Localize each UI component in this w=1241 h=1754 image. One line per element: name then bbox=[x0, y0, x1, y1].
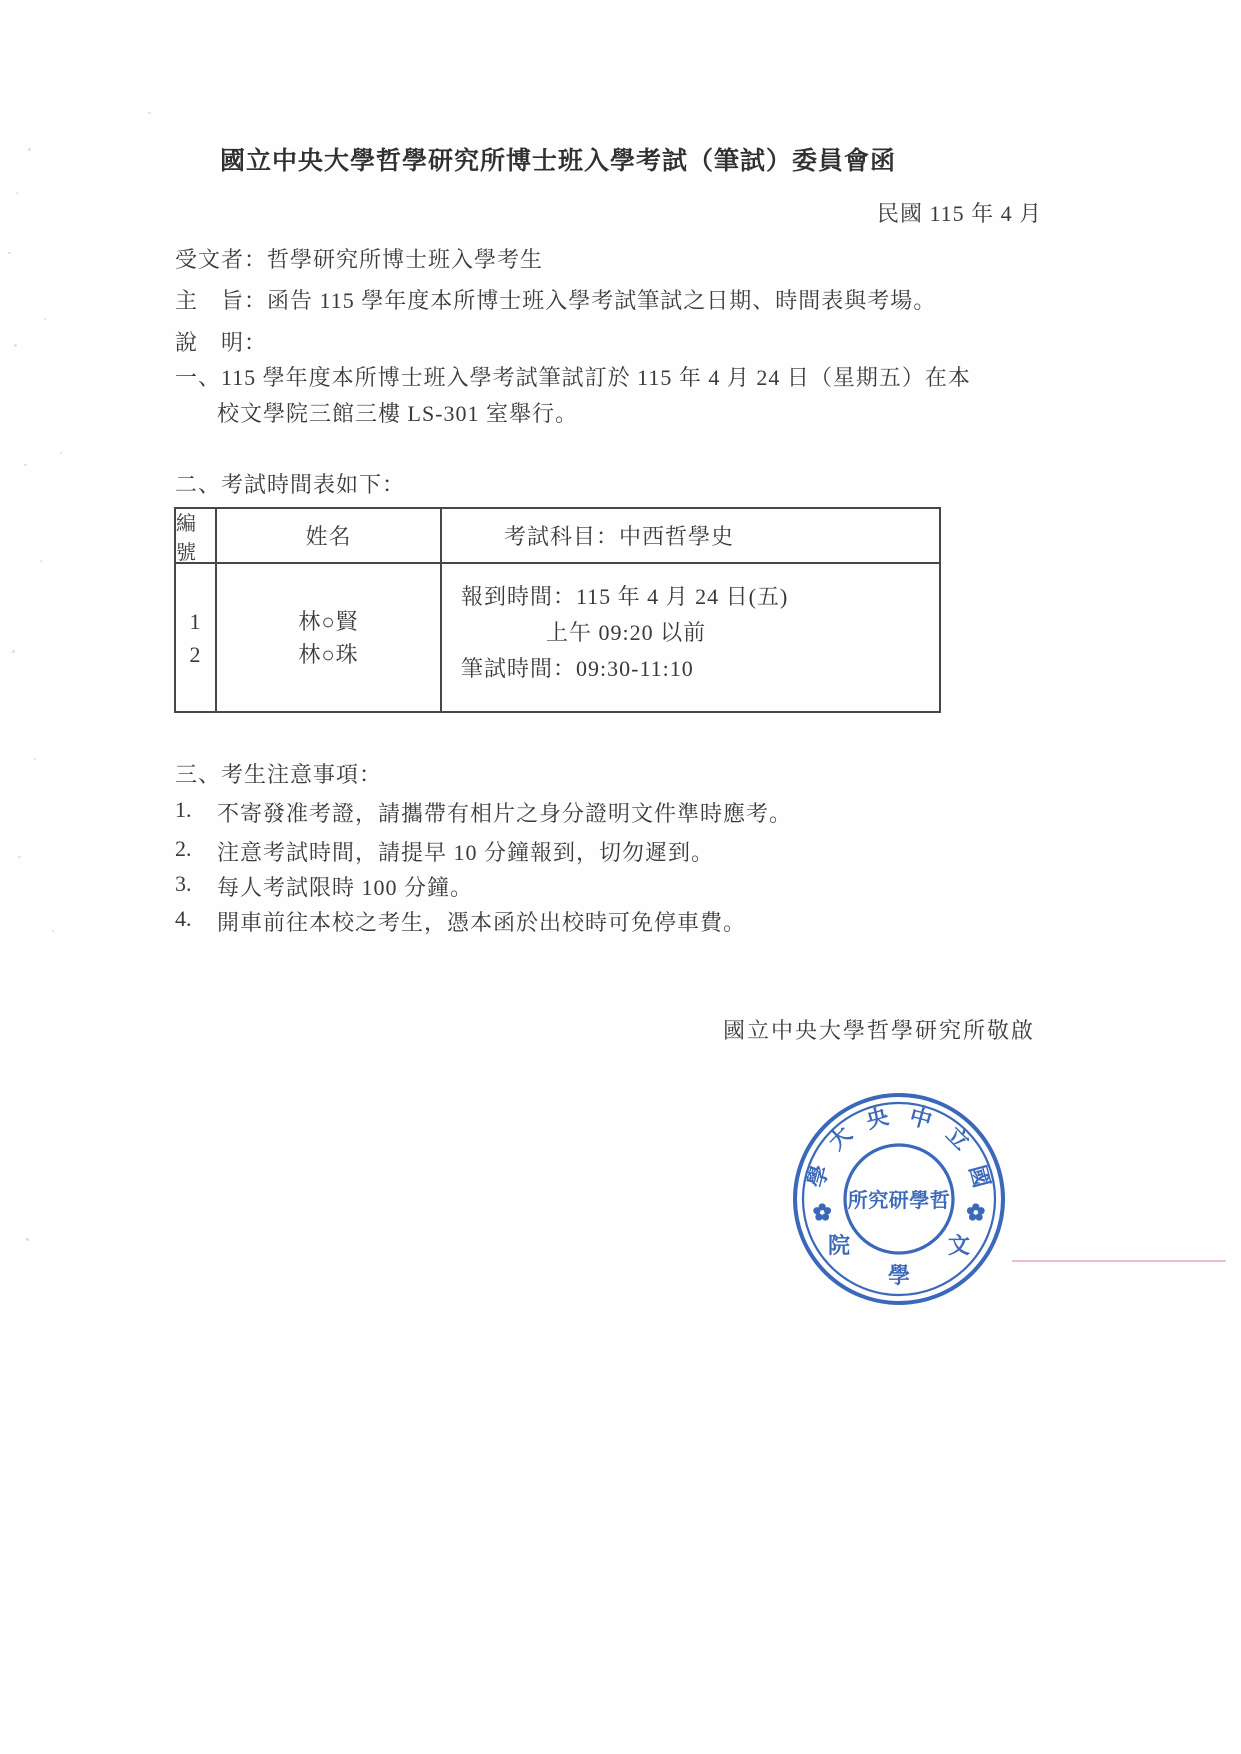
note-number: 4. bbox=[175, 906, 217, 937]
note-item-2: 2. 注意考試時間，請提早 10 分鐘報到，切勿遲到。 bbox=[175, 836, 714, 867]
subject-text: 函告 115 學年度本所博士班入學考試筆試之日期、時間表與考場。 bbox=[267, 288, 936, 313]
scan-speckle bbox=[12, 650, 15, 653]
seal-char: 院 bbox=[828, 1233, 850, 1258]
candidate-number: 1 bbox=[190, 605, 202, 638]
seal-char: 學 bbox=[803, 1162, 833, 1190]
table-header-number: 編號 bbox=[176, 509, 217, 564]
scan-speckle bbox=[148, 112, 151, 114]
university-seal-stamp: 學 大 央 中 立 國 院 學 文 所究研學哲 bbox=[787, 1087, 1011, 1311]
note-item-1: 1. 不寄發准考證，請攜帶有相片之身分證明文件準時應考。 bbox=[175, 797, 792, 828]
scan-speckle bbox=[8, 252, 11, 254]
scan-speckle bbox=[44, 318, 46, 320]
scan-speckle bbox=[18, 856, 21, 858]
clause1-line1: 一、115 學年度本所博士班入學考試筆試訂於 115 年 4 月 24 日（星期… bbox=[175, 361, 971, 392]
candidate-name: 林○賢 bbox=[298, 605, 358, 638]
closing-signature: 國立中央大學哲學研究所敬啟 bbox=[723, 1014, 1035, 1045]
subject-label: 主 旨： bbox=[175, 288, 267, 313]
scan-speckle bbox=[60, 452, 62, 454]
note-number: 1. bbox=[175, 797, 217, 828]
table-cell-names: 林○賢 林○珠 bbox=[217, 564, 442, 711]
scan-speckle bbox=[34, 758, 36, 760]
seal-char: 學 bbox=[888, 1263, 910, 1288]
seal-char: 文 bbox=[948, 1233, 970, 1258]
letter-title: 國立中央大學哲學研究所博士班入學考試（筆試）委員會函 bbox=[175, 141, 941, 177]
note-number: 2. bbox=[175, 836, 217, 867]
seal-char: 大 bbox=[823, 1121, 856, 1154]
seal-char: 國 bbox=[965, 1162, 995, 1190]
note-text: 不寄發准考證，請攜帶有相片之身分證明文件準時應考。 bbox=[217, 797, 792, 828]
scan-speckle bbox=[28, 148, 31, 151]
scanned-letter-page: 國立中央大學哲學研究所博士班入學考試（筆試）委員會函 民國 115 年 4 月 … bbox=[0, 0, 1241, 1754]
clause1-line2: 校文學院三館三樓 LS-301 室舉行。 bbox=[217, 397, 578, 428]
note-number: 3. bbox=[175, 871, 217, 902]
table-header-subject: 考試科目：中西哲學史 bbox=[442, 509, 939, 564]
table-cell-numbers: 1 2 bbox=[176, 564, 217, 711]
candidate-number: 2 bbox=[190, 638, 202, 671]
scan-speckle bbox=[52, 930, 54, 932]
note-item-4: 4. 開車前往本校之考生，憑本函於出校時可免停車費。 bbox=[175, 906, 746, 937]
scan-artifact-line bbox=[1012, 1260, 1226, 1262]
checkin-time-line: 報到時間：115 年 4 月 24 日(五) bbox=[461, 579, 939, 615]
subject-line: 主 旨：函告 115 學年度本所博士班入學考試筆試之日期、時間表與考場。 bbox=[175, 284, 936, 315]
table-cell-exam-times: 報到時間：115 年 4 月 24 日(五) 上午 09:20 以前 筆試時間：… bbox=[442, 564, 939, 711]
note-item-3: 3. 每人考試限時 100 分鐘。 bbox=[175, 871, 473, 902]
scan-speckle bbox=[40, 560, 42, 562]
exam-schedule-table: 編號 姓名 考試科目：中西哲學史 1 2 林○賢 林○珠 報到時間：115 年 … bbox=[174, 507, 941, 713]
seal-char: 中 bbox=[907, 1103, 935, 1133]
clause2-heading: 二、考試時間表如下： bbox=[175, 468, 405, 499]
seal-char: 立 bbox=[941, 1121, 974, 1154]
explanation-label: 說 明： bbox=[175, 326, 267, 357]
scan-speckle bbox=[24, 464, 27, 466]
written-exam-time-line: 筆試時間：09:30-11:10 bbox=[461, 651, 939, 687]
scan-speckle bbox=[14, 344, 17, 347]
candidate-name: 林○珠 bbox=[298, 638, 358, 671]
clause3-heading: 三、考生注意事項： bbox=[175, 758, 382, 789]
note-text: 每人考試限時 100 分鐘。 bbox=[217, 871, 473, 902]
note-text: 開車前往本校之考生，憑本函於出校時可免停車費。 bbox=[217, 906, 746, 937]
recipient-line: 受文者：哲學研究所博士班入學考生 bbox=[175, 243, 543, 274]
seal-char: 央 bbox=[863, 1103, 891, 1133]
seal-inner-text: 所究研學哲 bbox=[848, 1188, 951, 1212]
table-header-name: 姓名 bbox=[217, 509, 442, 564]
letter-date: 民國 115 年 4 月 bbox=[877, 197, 1042, 228]
checkin-deadline-line: 上午 09:20 以前 bbox=[461, 615, 939, 651]
note-text: 注意考試時間，請提早 10 分鐘報到，切勿遲到。 bbox=[217, 836, 714, 867]
scan-speckle bbox=[26, 1238, 29, 1241]
scan-speckle bbox=[16, 192, 18, 194]
